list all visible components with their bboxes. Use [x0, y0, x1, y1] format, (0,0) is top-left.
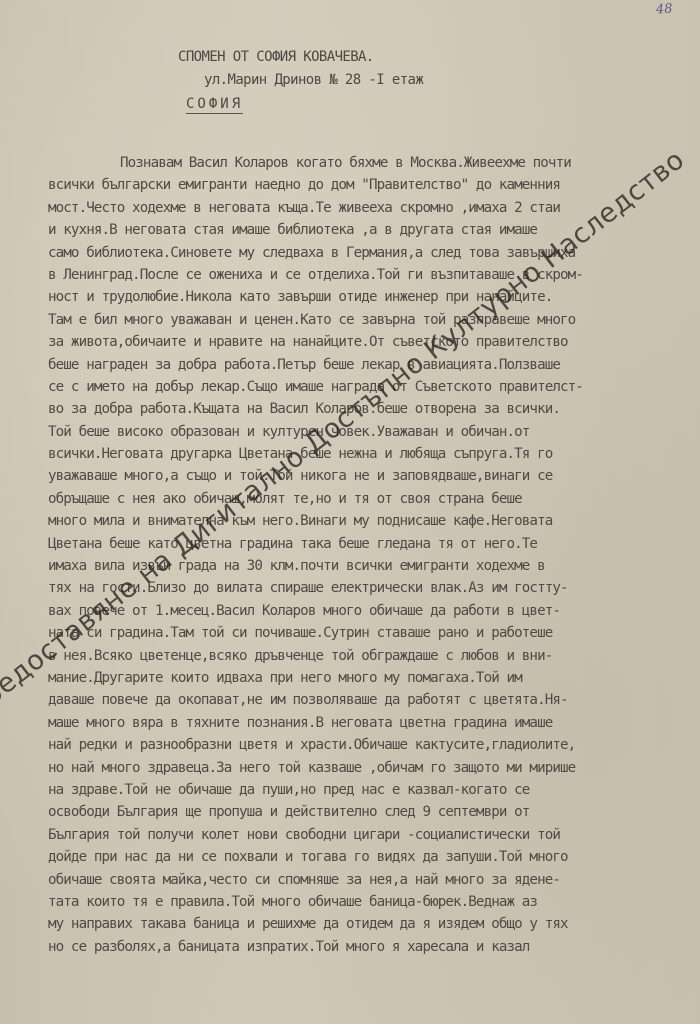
text-line: му направих такава баница и решихме да о… [48, 913, 698, 935]
text-line: ната си градина.Там той си почиваше.Сутр… [48, 622, 698, 644]
text-line: България той получи колет нови свободни … [48, 824, 698, 846]
text-line: всички български емигранти наедно до дом… [48, 174, 698, 196]
document-city: СОФИЯ [186, 96, 243, 114]
text-line: но се разболях,а баницата изпратих.Той м… [48, 936, 698, 958]
text-line: обичаше своята майка,често си спомняше з… [48, 869, 698, 891]
text-line: вах повече от 1.месец.Васил Коларов мног… [48, 600, 698, 622]
text-line: маше много вяра в тяхните познания.В нег… [48, 712, 698, 734]
text-line: мост.Често ходехме в неговата къща.Те жи… [48, 197, 698, 219]
text-line: много мила и внимателна към него.Винаги … [48, 510, 698, 532]
text-line: на здраве.Той не обичаше да пуши,но пред… [48, 779, 698, 801]
text-line: даваше повече да окопават,не им позволяв… [48, 689, 698, 711]
text-line: тата които тя е правила.Той много обичаш… [48, 891, 698, 913]
text-line: но най много здравеца.За него той казваш… [48, 757, 698, 779]
text-line: во за добра работа.Къщата на Васил Колар… [48, 398, 698, 420]
text-line: тях на гости.Близо до вилата спираше еле… [48, 577, 698, 599]
text-line: в нея.Всяко цветенце,всяко дръвченце той… [48, 645, 698, 667]
text-line: дойде при нас да ни се похвали и тогава … [48, 846, 698, 868]
text-line: в Ленинград.После се ожениха и се отдели… [48, 264, 698, 286]
text-line: имаха вила извън града на 30 клм.почти в… [48, 555, 698, 577]
text-line: се с името на добър лекар.Също имаше наг… [48, 376, 698, 398]
text-line: за живота,обичаите и нравите на нанайцит… [48, 331, 698, 353]
text-line: Той беше високо образован и културен чов… [48, 421, 698, 443]
document-body: Познавам Васил Коларов когато бяхме в Мо… [48, 152, 698, 958]
page-number: 48 [655, 1, 673, 17]
text-line: и кухня.В неговата стая имаше библиотека… [48, 219, 698, 241]
text-line: ност и трудолюбие.Никола като завърши от… [48, 286, 698, 308]
text-line: уважаваше много,а също и той.Той никога … [48, 465, 698, 487]
text-line: беше награден за добра работа.Петър беше… [48, 354, 698, 376]
document-address: ул.Марин Дринов № 28 -I етаж [204, 72, 423, 88]
text-line: Там е бил много уважаван и ценен.Като се… [48, 309, 698, 331]
text-line: само библиотека.Синовете му следваха в Г… [48, 242, 698, 264]
text-line: обръщаше с нея ако обичаш,молят те,но и … [48, 488, 698, 510]
text-line: най редки и разнообразни цветя и храсти.… [48, 734, 698, 756]
text-line: Цветана беше като цветна градина така бе… [48, 533, 698, 555]
text-line: освободи България ще пропуша и действите… [48, 801, 698, 823]
document-title: СПОМЕН ОТ СОФИЯ КОВАЧЕВА. [178, 49, 374, 65]
text-line: всички.Неговата другарка Цветана беше не… [48, 443, 698, 465]
text-line: мание.Другарите които идваха при него мн… [48, 667, 698, 689]
text-line: Познавам Васил Коларов когато бяхме в Мо… [48, 152, 698, 174]
